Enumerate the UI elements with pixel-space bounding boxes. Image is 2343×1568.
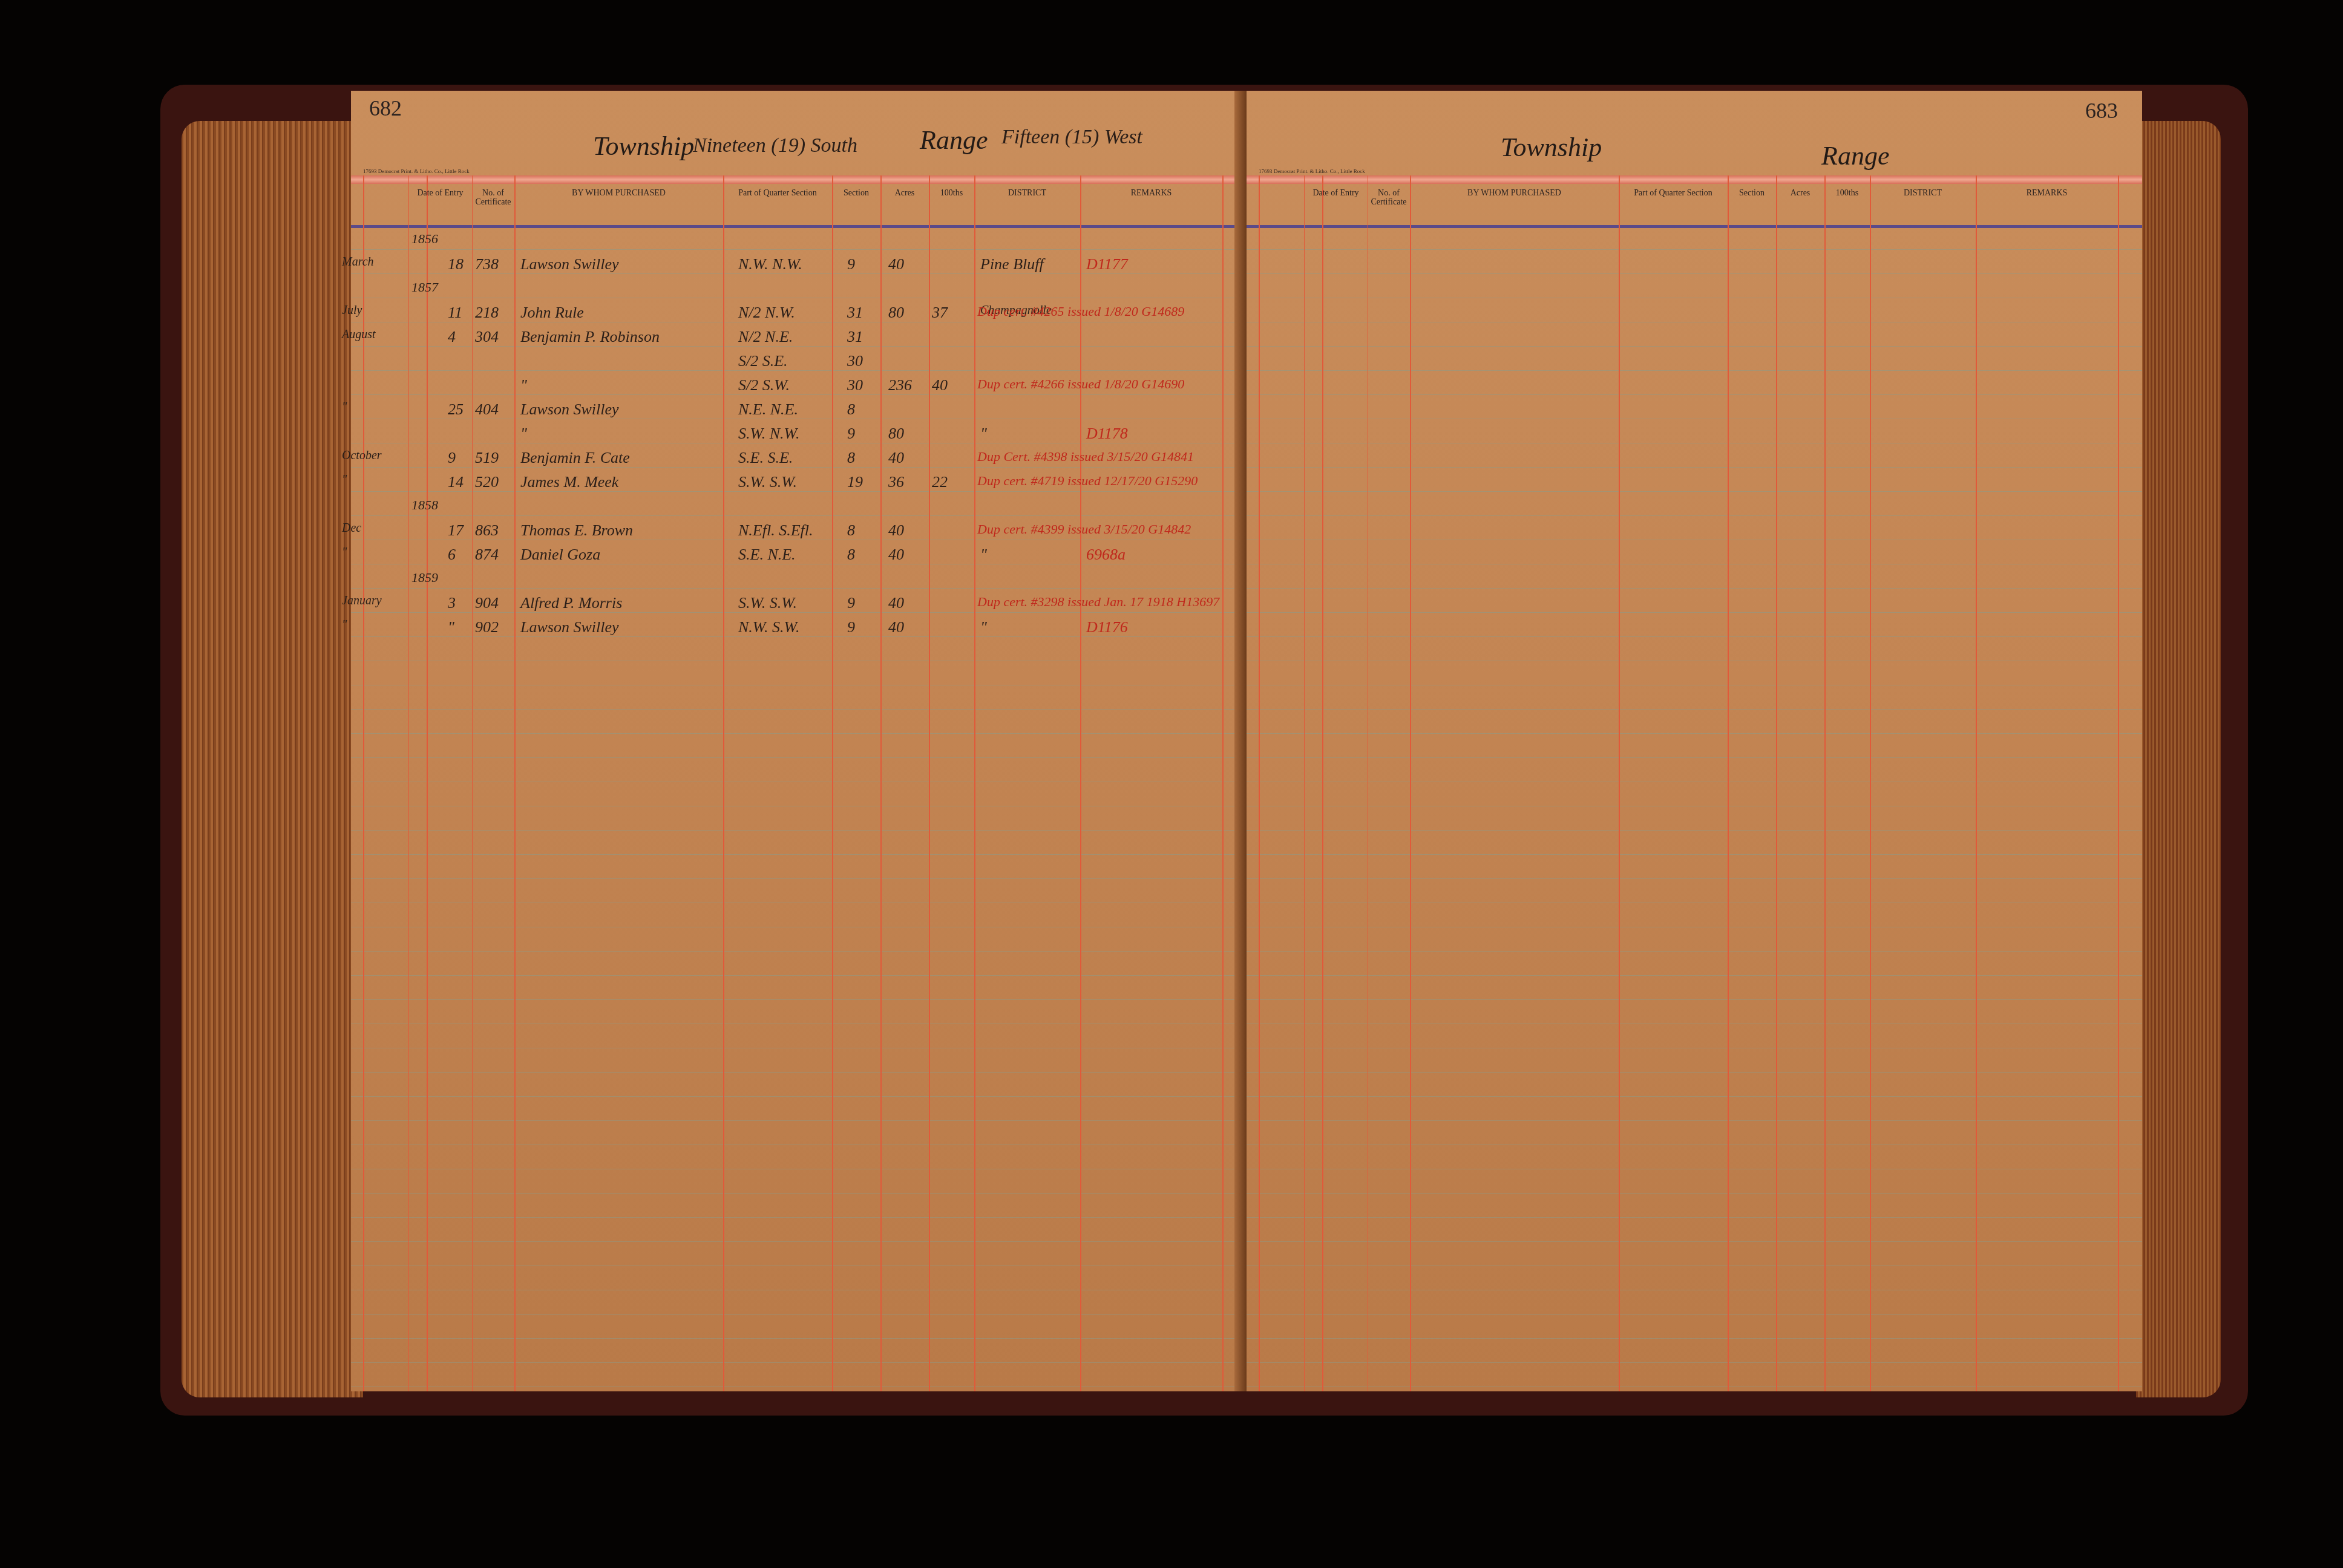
column-header: Date of Entry bbox=[1304, 189, 1368, 198]
ruled-line bbox=[1247, 564, 2142, 564]
column-header: No. of Certificate bbox=[472, 189, 514, 207]
column-header: BY WHOM PURCHASED bbox=[1410, 189, 1619, 198]
column-header: Acres bbox=[880, 189, 929, 198]
ruled-line bbox=[351, 951, 1247, 952]
cell-remarks: Dup cert. #4399 issued 3/15/20 G14842 bbox=[977, 521, 1191, 537]
cell-hundredths: 37 bbox=[932, 304, 948, 322]
page-edges-left bbox=[182, 121, 363, 1397]
ruled-line bbox=[351, 685, 1247, 685]
cell-section: 8 bbox=[847, 400, 855, 419]
cell-remarks: 6968a bbox=[1086, 546, 1126, 564]
ledger-row: July11218John RuleN/2 N.W.318037Champagn… bbox=[351, 304, 1247, 328]
column-header: REMARKS bbox=[1976, 189, 2118, 198]
ledger-row: 1859 bbox=[351, 570, 1247, 594]
ruled-line bbox=[351, 1241, 1247, 1242]
cell-year: 1859 bbox=[411, 570, 438, 586]
ruled-line bbox=[1247, 1217, 2142, 1218]
cell-name: Lawson Swilley bbox=[520, 618, 619, 636]
column-header: DISTRICT bbox=[974, 189, 1080, 198]
cell-section: 30 bbox=[847, 352, 863, 370]
ruled-line bbox=[351, 1048, 1247, 1048]
ruled-line bbox=[351, 757, 1247, 758]
ruled-line bbox=[1247, 612, 2142, 613]
ruled-line bbox=[1247, 757, 2142, 758]
ledger-page-right: 683 Township Range 17693 Democrat Print.… bbox=[1247, 91, 2142, 1391]
cell-day: 9 bbox=[448, 449, 456, 467]
ruled-line bbox=[1247, 491, 2142, 492]
ruled-line bbox=[1247, 1145, 2142, 1145]
ruled-line bbox=[1247, 636, 2142, 637]
cell-year: 1858 bbox=[411, 497, 438, 513]
cell-cert: 520 bbox=[475, 473, 499, 491]
cell-name: John Rule bbox=[520, 304, 584, 322]
column-header: Part of Quarter Section bbox=[723, 189, 832, 198]
cell-hundredths: 22 bbox=[932, 473, 948, 491]
ruled-line bbox=[351, 661, 1247, 661]
cell-remarks: Dup cert. #4719 issued 12/17/20 G15290 bbox=[977, 473, 1198, 489]
cell-part: S.W. N.W. bbox=[738, 425, 799, 443]
range-label: Range bbox=[1821, 140, 1889, 171]
cell-part: N.Efl. S.Efl. bbox=[738, 521, 813, 540]
ruled-line bbox=[1247, 1120, 2142, 1121]
column-header: BY WHOM PURCHASED bbox=[514, 189, 723, 198]
cell-month: January bbox=[342, 594, 382, 608]
cell-day: 14 bbox=[448, 473, 464, 491]
cell-remarks: Dup cert. #4265 issued 1/8/20 G14689 bbox=[977, 304, 1184, 319]
cell-part: N/2 N.E. bbox=[738, 328, 793, 346]
cell-cert: 738 bbox=[475, 255, 499, 273]
ruled-line bbox=[351, 1217, 1247, 1218]
cell-name: Benjamin P. Robinson bbox=[520, 328, 660, 346]
ruled-line bbox=[1247, 878, 2142, 879]
column-header: Section bbox=[1728, 189, 1776, 198]
column-rule bbox=[1368, 175, 1368, 1391]
ruled-line bbox=[351, 1266, 1247, 1266]
cell-acres: 80 bbox=[888, 425, 904, 443]
column-header: 100ths bbox=[1824, 189, 1870, 198]
cell-part: N.E. N.E. bbox=[738, 400, 798, 419]
cell-part: N.W. N.W. bbox=[738, 255, 802, 273]
page-number: 683 bbox=[2085, 98, 2118, 123]
ruled-line bbox=[1247, 1024, 2142, 1024]
ledger-row: "S.W. N.W.980"D1178 bbox=[351, 425, 1247, 449]
ruled-line bbox=[1247, 1096, 2142, 1097]
ruled-line bbox=[1247, 273, 2142, 274]
cell-acres: 40 bbox=[888, 594, 904, 612]
cell-section: 8 bbox=[847, 521, 855, 540]
township-label: Township bbox=[593, 131, 694, 162]
ledger-row: October9519Benjamin F. CateS.E. S.E.840D… bbox=[351, 449, 1247, 473]
column-header: 100ths bbox=[929, 189, 974, 198]
cell-acres: 80 bbox=[888, 304, 904, 322]
ruled-line bbox=[351, 878, 1247, 879]
cell-day: 3 bbox=[448, 594, 456, 612]
ruled-line bbox=[351, 975, 1247, 976]
column-header: REMARKS bbox=[1080, 189, 1222, 198]
column-rule bbox=[1776, 175, 1777, 1391]
cell-cert: 874 bbox=[475, 546, 499, 564]
cell-part: S.W. S.W. bbox=[738, 594, 797, 612]
cell-month: October bbox=[342, 449, 382, 463]
ruled-line bbox=[351, 782, 1247, 782]
ruled-line bbox=[1247, 1314, 2142, 1315]
cell-acres: 40 bbox=[888, 546, 904, 564]
ledger-row: S/2 S.E.30 bbox=[351, 352, 1247, 376]
page-number: 682 bbox=[369, 96, 402, 121]
township-label: Township bbox=[1501, 132, 1602, 163]
cell-month: " bbox=[342, 473, 347, 487]
ledger-row: "25404Lawson SwilleyN.E. N.E.8 bbox=[351, 400, 1247, 425]
cell-remarks: D1177 bbox=[1086, 255, 1128, 273]
cell-name: James M. Meek bbox=[520, 473, 618, 491]
cell-day: 4 bbox=[448, 328, 456, 346]
ruled-line bbox=[351, 903, 1247, 903]
cell-acres: 36 bbox=[888, 473, 904, 491]
cell-cert: 519 bbox=[475, 449, 499, 467]
cell-month: Dec bbox=[342, 521, 361, 535]
ruled-line bbox=[351, 1387, 1247, 1387]
ruled-line bbox=[1247, 249, 2142, 250]
ledger-page-left: 682 Township Nineteen (19) South Range F… bbox=[351, 91, 1247, 1391]
ruled-line bbox=[351, 854, 1247, 855]
cell-day: 18 bbox=[448, 255, 464, 273]
cell-month: " bbox=[342, 618, 347, 632]
ledger-row: 1857 bbox=[351, 279, 1247, 304]
ruled-line bbox=[1247, 1266, 2142, 1266]
header-rule bbox=[1247, 225, 2142, 228]
cell-part: N.W. S.W. bbox=[738, 618, 799, 636]
cell-part: N/2 N.W. bbox=[738, 304, 795, 322]
cell-hundredths: 40 bbox=[932, 376, 948, 394]
cell-name: " bbox=[520, 376, 527, 394]
ruled-line bbox=[1247, 515, 2142, 516]
ruled-line bbox=[351, 830, 1247, 831]
cell-remarks: Dup cert. #3298 issued Jan. 17 1918 H136… bbox=[977, 594, 1219, 610]
ledger-row: "6874Daniel GozaS.E. N.E.840"6968a bbox=[351, 546, 1247, 570]
column-rule bbox=[1304, 175, 1305, 1391]
column-rule bbox=[1728, 175, 1729, 1391]
column-header: No. of Certificate bbox=[1368, 189, 1410, 207]
column-rule bbox=[1259, 175, 1260, 1391]
cell-section: 19 bbox=[847, 473, 863, 491]
ruled-line bbox=[351, 1290, 1247, 1290]
cell-district: " bbox=[980, 546, 987, 564]
cell-section: 31 bbox=[847, 304, 863, 322]
ruled-line bbox=[1247, 467, 2142, 468]
cell-year: 1857 bbox=[411, 279, 438, 295]
ruled-line bbox=[1247, 999, 2142, 1000]
ruled-line bbox=[1247, 1241, 2142, 1242]
ledger-row: ""902Lawson SwilleyN.W. S.W.940"D1176 bbox=[351, 618, 1247, 642]
cell-name: Benjamin F. Cate bbox=[520, 449, 630, 467]
header-band bbox=[351, 175, 1247, 184]
cell-section: 8 bbox=[847, 546, 855, 564]
ruled-line bbox=[1247, 830, 2142, 831]
ruled-line bbox=[1247, 1338, 2142, 1339]
range-label: Range bbox=[920, 125, 988, 155]
column-rule bbox=[1870, 175, 1871, 1391]
printer-imprint: 17693 Democrat Print. & Litho. Co., Litt… bbox=[1259, 168, 1365, 174]
ruled-line bbox=[1247, 854, 2142, 855]
cell-day: " bbox=[448, 618, 454, 636]
cell-name: Thomas E. Brown bbox=[520, 521, 633, 540]
ledger-row: March18738Lawson SwilleyN.W. N.W.940Pine… bbox=[351, 255, 1247, 279]
cell-cert: 218 bbox=[475, 304, 499, 322]
ruled-line bbox=[1247, 1290, 2142, 1290]
ruled-line bbox=[351, 1145, 1247, 1145]
column-header: Acres bbox=[1776, 189, 1824, 198]
cell-remarks: Dup Cert. #4398 issued 3/15/20 G14841 bbox=[977, 449, 1194, 465]
ruled-line bbox=[1247, 975, 2142, 976]
cell-acres: 40 bbox=[888, 618, 904, 636]
ruled-line bbox=[351, 1338, 1247, 1339]
ledger-row: 1856 bbox=[351, 231, 1247, 255]
cell-cert: 404 bbox=[475, 400, 499, 419]
cell-acres: 40 bbox=[888, 255, 904, 273]
cell-remarks: D1176 bbox=[1086, 618, 1128, 636]
column-header: Section bbox=[832, 189, 880, 198]
cell-remarks: D1178 bbox=[1086, 425, 1128, 443]
ruled-line bbox=[1247, 661, 2142, 661]
ledger-row: "S/2 S.W.3023640Dup cert. #4266 issued 1… bbox=[351, 376, 1247, 400]
header-rule bbox=[351, 225, 1247, 228]
ruled-line bbox=[1247, 588, 2142, 589]
cell-cert: 902 bbox=[475, 618, 499, 636]
cell-section: 8 bbox=[847, 449, 855, 467]
cell-section: 9 bbox=[847, 425, 855, 443]
cell-month: " bbox=[342, 400, 347, 414]
ruled-line bbox=[351, 733, 1247, 734]
ruled-line bbox=[351, 1120, 1247, 1121]
ruled-line bbox=[351, 1096, 1247, 1097]
range-value: Fifteen (15) West bbox=[1001, 126, 1142, 149]
cell-district: Pine Bluff bbox=[980, 255, 1044, 273]
ruled-line bbox=[351, 806, 1247, 806]
township-value: Nineteen (19) South bbox=[693, 134, 857, 157]
cell-month: " bbox=[342, 546, 347, 560]
cell-day: 25 bbox=[448, 400, 464, 419]
cell-month: March bbox=[342, 255, 374, 269]
column-header: Date of Entry bbox=[408, 189, 472, 198]
ruled-line bbox=[1247, 903, 2142, 903]
cell-day: 17 bbox=[448, 521, 464, 540]
ruled-line bbox=[1247, 443, 2142, 443]
ruled-line bbox=[1247, 298, 2142, 298]
column-rule bbox=[1976, 175, 1977, 1391]
ruled-line bbox=[351, 927, 1247, 927]
cell-name: Daniel Goza bbox=[520, 546, 600, 564]
ruled-line bbox=[1247, 346, 2142, 347]
column-rule bbox=[1619, 175, 1620, 1391]
ruled-line bbox=[351, 1072, 1247, 1073]
printer-imprint: 17693 Democrat Print. & Litho. Co., Litt… bbox=[363, 168, 470, 174]
ledger-row: "14520James M. MeekS.W. S.W.193622Dup ce… bbox=[351, 473, 1247, 497]
cell-part: S/2 S.E. bbox=[738, 352, 788, 370]
cell-section: 9 bbox=[847, 594, 855, 612]
cell-year: 1856 bbox=[411, 231, 438, 247]
ruled-line bbox=[1247, 1072, 2142, 1073]
ruled-line bbox=[1247, 1387, 2142, 1387]
cell-cert: 304 bbox=[475, 328, 499, 346]
ledger-row: Dec17863Thomas E. BrownN.Efl. S.Efl.840D… bbox=[351, 521, 1247, 546]
ruled-line bbox=[1247, 1048, 2142, 1048]
ruled-line bbox=[351, 709, 1247, 710]
cell-day: 11 bbox=[448, 304, 462, 322]
ruled-line bbox=[351, 1169, 1247, 1169]
ruled-line bbox=[1247, 322, 2142, 322]
ruled-line bbox=[1247, 782, 2142, 782]
cell-acres: 236 bbox=[888, 376, 912, 394]
column-rule bbox=[1824, 175, 1826, 1391]
ledger-row: August4304Benjamin P. RobinsonN/2 N.E.31 bbox=[351, 328, 1247, 352]
cell-part: S.E. S.E. bbox=[738, 449, 793, 467]
ledger-row: January3904Alfred P. MorrisS.W. S.W.940D… bbox=[351, 594, 1247, 618]
cell-part: S/2 S.W. bbox=[738, 376, 790, 394]
cell-acres: 40 bbox=[888, 521, 904, 540]
cell-cert: 863 bbox=[475, 521, 499, 540]
ruled-line bbox=[1247, 951, 2142, 952]
ledger-row: 1858 bbox=[351, 497, 1247, 521]
cell-section: 31 bbox=[847, 328, 863, 346]
ruled-line bbox=[351, 1024, 1247, 1024]
ruled-line bbox=[1247, 1193, 2142, 1194]
ruled-line bbox=[1247, 709, 2142, 710]
cell-district: " bbox=[980, 618, 987, 636]
ruled-line bbox=[1247, 733, 2142, 734]
ruled-line bbox=[1247, 927, 2142, 927]
cell-name: " bbox=[520, 425, 527, 443]
ruled-line bbox=[1247, 1169, 2142, 1169]
column-rule bbox=[2118, 175, 2119, 1391]
ruled-line bbox=[1247, 806, 2142, 806]
cell-month: August bbox=[342, 328, 376, 342]
cell-district: " bbox=[980, 425, 987, 443]
column-rule bbox=[1322, 175, 1323, 1391]
cell-section: 30 bbox=[847, 376, 863, 394]
ruled-line bbox=[351, 1362, 1247, 1363]
cell-name: Lawson Swilley bbox=[520, 400, 619, 419]
header-band bbox=[1247, 175, 2142, 184]
cell-name: Lawson Swilley bbox=[520, 255, 619, 273]
cell-section: 9 bbox=[847, 618, 855, 636]
cell-name: Alfred P. Morris bbox=[520, 594, 622, 612]
column-header: DISTRICT bbox=[1870, 189, 1976, 198]
ruled-line bbox=[1247, 540, 2142, 540]
cell-month: July bbox=[342, 304, 362, 318]
ruled-line bbox=[1247, 419, 2142, 419]
cell-cert: 904 bbox=[475, 594, 499, 612]
page-edges-right bbox=[2136, 121, 2221, 1397]
cell-part: S.W. S.W. bbox=[738, 473, 797, 491]
cell-day: 6 bbox=[448, 546, 456, 564]
column-header: Part of Quarter Section bbox=[1619, 189, 1728, 198]
ruled-line bbox=[1247, 394, 2142, 395]
ruled-line bbox=[351, 999, 1247, 1000]
ruled-line bbox=[351, 1193, 1247, 1194]
ruled-line bbox=[1247, 685, 2142, 685]
ruled-line bbox=[1247, 370, 2142, 371]
cell-acres: 40 bbox=[888, 449, 904, 467]
cell-section: 9 bbox=[847, 255, 855, 273]
ruled-line bbox=[351, 1314, 1247, 1315]
column-rule bbox=[1410, 175, 1411, 1391]
cell-remarks: Dup cert. #4266 issued 1/8/20 G14690 bbox=[977, 376, 1184, 392]
ruled-line bbox=[1247, 1362, 2142, 1363]
cell-part: S.E. N.E. bbox=[738, 546, 796, 564]
